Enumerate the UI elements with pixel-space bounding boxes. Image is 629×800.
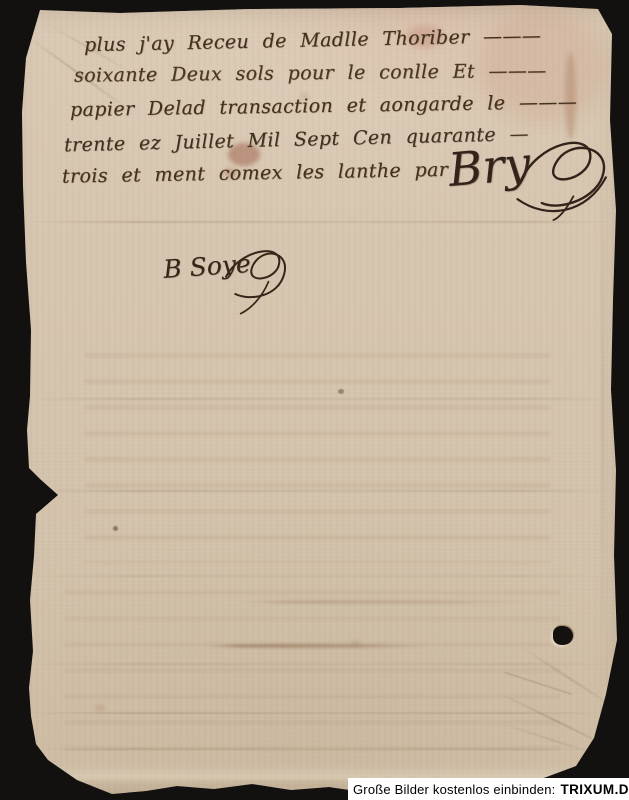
crease-line-vertical xyxy=(602,180,604,640)
manuscript-paper: plus j'ay Receu de Madlle Thoriber ——— s… xyxy=(0,0,629,800)
crease-line-diagonal xyxy=(499,722,604,758)
watermark-text: Große Bilder kostenlos einbinden: xyxy=(353,782,555,797)
foxing-dot xyxy=(338,389,344,394)
watermark-banner: Große Bilder kostenlos einbinden: TRIXUM… xyxy=(348,778,629,800)
foxing-dot xyxy=(113,526,118,531)
signature-flourish-icon xyxy=(508,127,620,226)
signature-bry: Bry xyxy=(446,129,613,235)
crease-line xyxy=(32,575,606,577)
foxing-dot xyxy=(95,705,105,711)
signature-soye: B Soye xyxy=(162,245,307,335)
signature-flourish-icon xyxy=(220,240,300,317)
show-through-line xyxy=(240,600,540,604)
paper-hole xyxy=(553,626,573,645)
photo-stage: plus j'ay Receu de Madlle Thoriber ——— s… xyxy=(0,0,629,800)
crease-line xyxy=(28,398,610,400)
show-through-line xyxy=(205,644,430,648)
crease-line-diagonal xyxy=(519,645,621,712)
crease-line xyxy=(28,712,598,714)
watermark-brand: TRIXUM.DE xyxy=(560,782,629,797)
show-through-text xyxy=(85,335,550,563)
crease-line xyxy=(35,748,585,750)
crease-line xyxy=(30,490,610,492)
crease-line xyxy=(30,663,608,665)
tear-line xyxy=(505,672,572,695)
